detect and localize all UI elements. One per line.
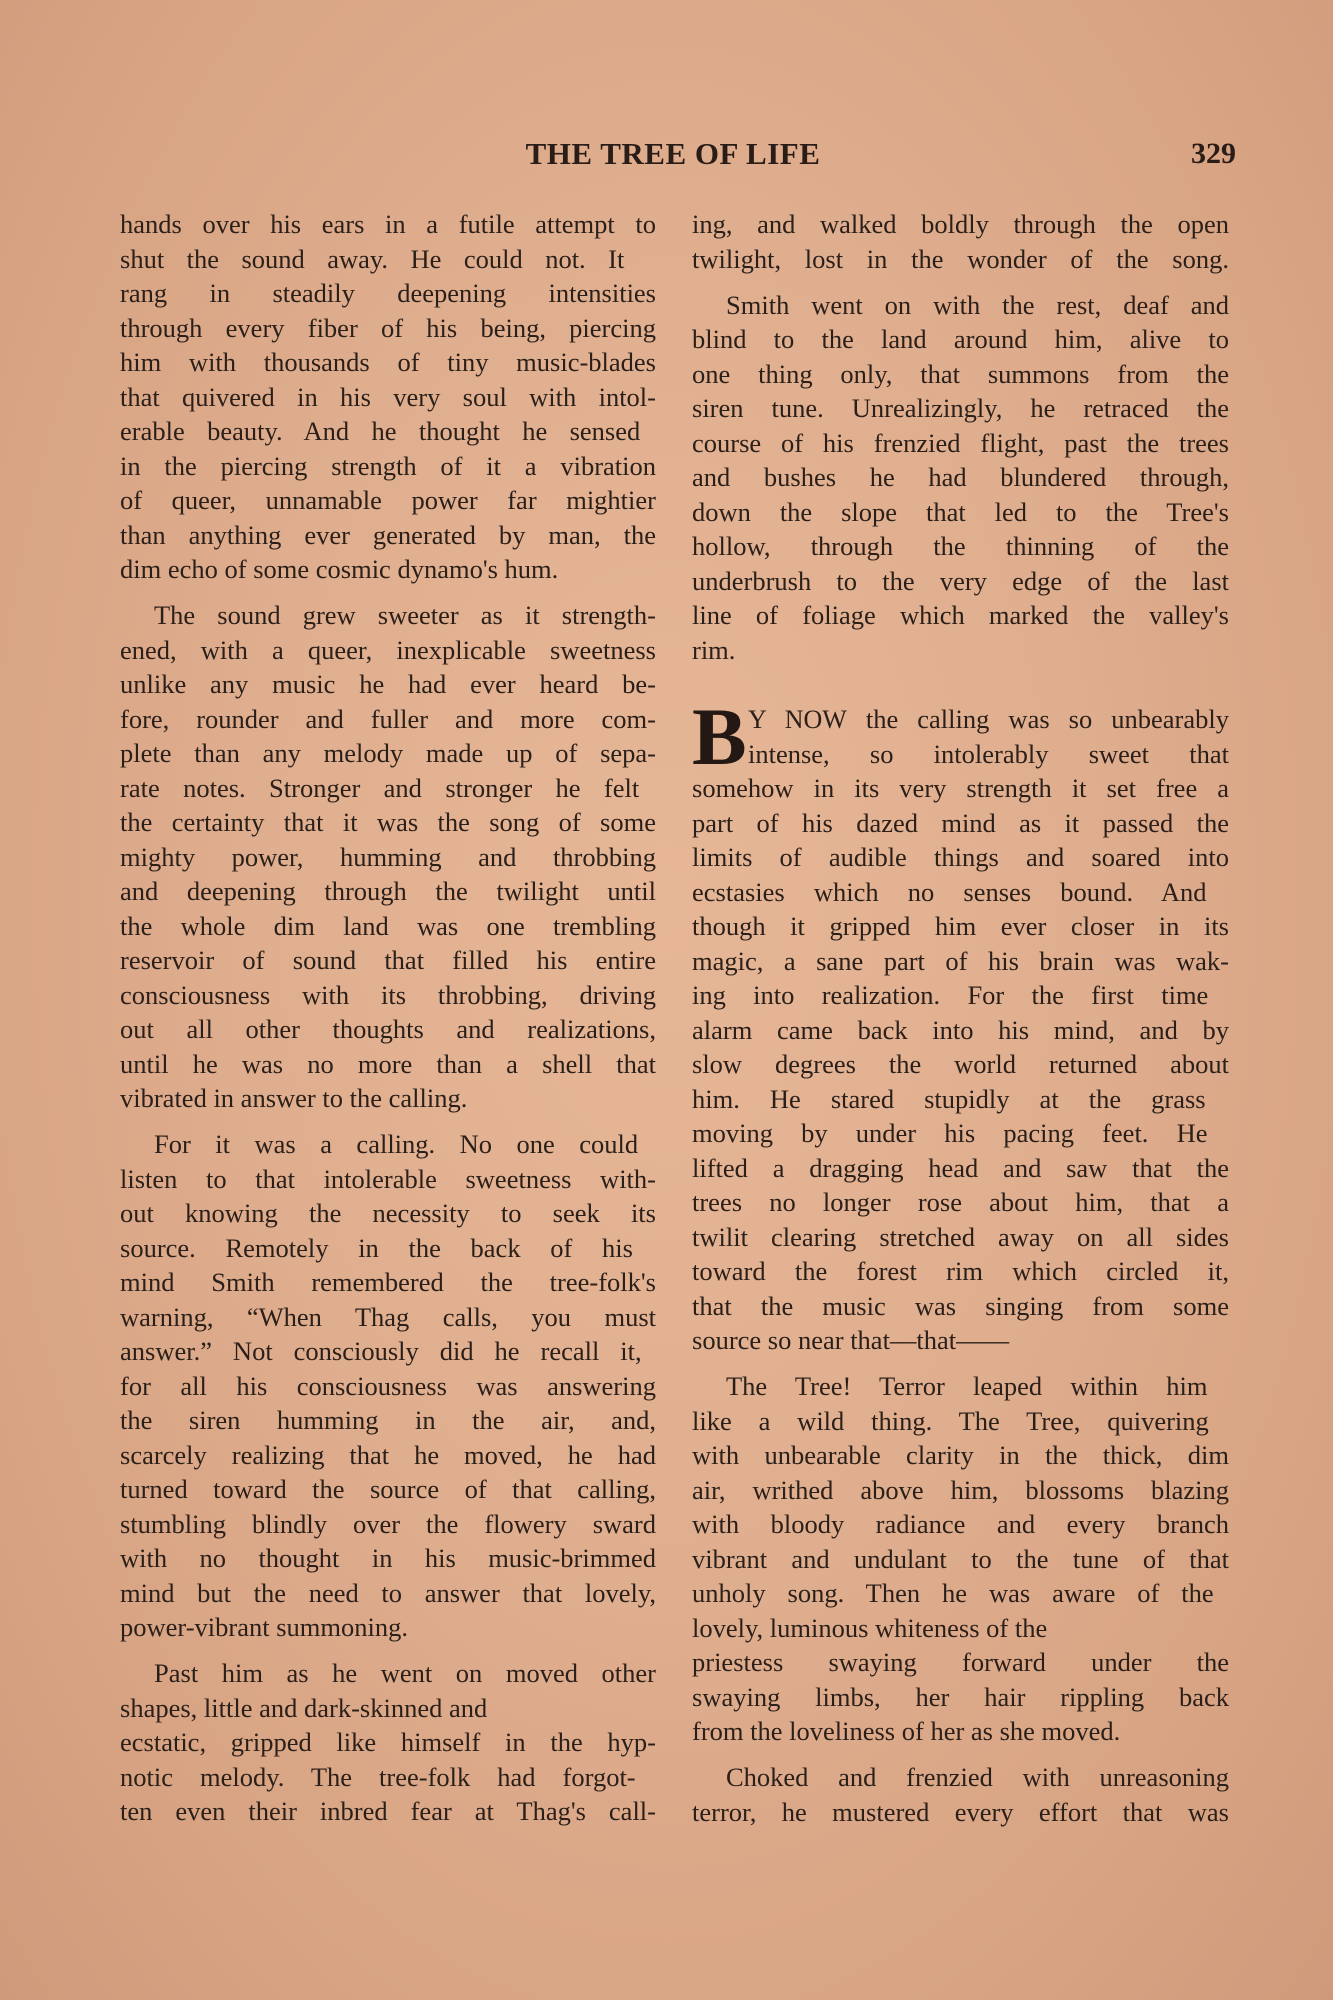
text-line: the siren humming in the air, and, <box>120 1403 656 1438</box>
text-line: Y NOW the calling was so unbearably <box>692 702 1229 737</box>
text-line: source so near that—that—— <box>692 1323 1229 1358</box>
text-line: source. Remotely in the back of his <box>120 1231 656 1266</box>
text-line: erable beauty. And he thought he sensed <box>120 414 656 449</box>
text-line: course of his frenzied flight, past the … <box>692 426 1229 461</box>
text-line: limits of audible things and soared into <box>692 840 1229 875</box>
text-line: down the slope that led to the Tree's <box>692 495 1229 530</box>
small-caps-lead: Y NOW <box>748 705 847 734</box>
text-line: of queer, unnamable power far mightier <box>120 483 656 518</box>
text-line: fore, rounder and fuller and more com- <box>120 702 656 737</box>
paragraph: The Tree! Terror leaped within himlike a… <box>692 1369 1229 1749</box>
text-line: stumbling blindly over the flowery sward <box>120 1507 656 1542</box>
running-head: THE TREE OF LIFE 329 <box>0 136 1333 176</box>
text-line: reservoir of sound that filled his entir… <box>120 943 656 978</box>
text-line: priestess swaying forward under the <box>692 1645 1229 1680</box>
text-line: part of his dazed mind as it passed the <box>692 806 1229 841</box>
text-line: plete than any melody made up of sepa- <box>120 736 656 771</box>
text-line: through every fiber of his being, pierci… <box>120 311 656 346</box>
paragraph: Choked and frenzied with unreasoningterr… <box>692 1760 1229 1829</box>
text-line: ing, and walked boldly through the open <box>692 207 1229 242</box>
paragraph: ing, and walked boldly through the opent… <box>692 207 1229 276</box>
first-line-rest: the calling was so unbearably <box>847 704 1229 734</box>
text-line: scarcely realizing that he moved, he had <box>120 1438 656 1473</box>
text-line: rang in steadily deepening intensities <box>120 276 656 311</box>
text-line: For it was a calling. No one could <box>120 1127 656 1162</box>
text-line: rate notes. Stronger and stronger he fel… <box>120 771 656 806</box>
text-line: mighty power, humming and throbbing <box>120 840 656 875</box>
text-line: intense, so intolerably sweet that <box>692 737 1229 772</box>
text-line: him with thousands of tiny music-blades <box>120 345 656 380</box>
text-line: unholy song. Then he was aware of the <box>692 1576 1229 1611</box>
text-line: mind but the need to answer that lovely, <box>120 1576 656 1611</box>
text-line: answer.” Not consciously did he recall i… <box>120 1334 656 1369</box>
book-page: THE TREE OF LIFE 329 hands over his ears… <box>0 0 1333 2000</box>
text-line: ecstasies which no senses bound. And <box>692 875 1229 910</box>
left-text-column: hands over his ears in a futile attempt … <box>120 207 656 1840</box>
text-line: vibrant and undulant to the tune of that <box>692 1542 1229 1577</box>
text-line: him. He stared stupidly at the grass <box>692 1082 1229 1117</box>
text-line: moving by under his pacing feet. He <box>692 1116 1229 1151</box>
text-line: the whole dim land was one trembling <box>120 909 656 944</box>
paragraph: For it was a calling. No one couldlisten… <box>120 1127 656 1645</box>
paragraph: Smith went on with the rest, deaf andbli… <box>692 288 1229 668</box>
text-line: ing into realization. For the first time <box>692 978 1229 1013</box>
text-line: shut the sound away. He could not. It <box>120 242 656 277</box>
text-line: warning, “When Thag calls, you must <box>120 1300 656 1335</box>
paragraph: Past him as he went on moved othershapes… <box>120 1656 656 1829</box>
text-line: lifted a dragging head and saw that the <box>692 1151 1229 1186</box>
text-line: twilight, lost in the wonder of the song… <box>692 242 1229 277</box>
drop-cap-letter: B <box>692 706 747 768</box>
text-line: The sound grew sweeter as it strength- <box>120 598 656 633</box>
text-line: ecstatic, gripped like himself in the hy… <box>120 1725 656 1760</box>
text-line: one thing only, that summons from the <box>692 357 1229 392</box>
text-line: consciousness with its throbbing, drivin… <box>120 978 656 1013</box>
text-line: ten even their inbred fear at Thag's cal… <box>120 1794 656 1829</box>
text-line: trees no longer rose about him, that a <box>692 1185 1229 1220</box>
text-line: line of foliage which marked the valley'… <box>692 598 1229 633</box>
text-line: power-vibrant summoning. <box>120 1610 656 1645</box>
text-line: unlike any music he had ever heard be- <box>120 667 656 702</box>
text-line: with unbearable clarity in the thick, di… <box>692 1438 1229 1473</box>
text-line: vibrated in answer to the calling. <box>120 1081 656 1116</box>
text-line: the certainty that it was the song of so… <box>120 805 656 840</box>
text-line: twilit clearing stretched away on all si… <box>692 1220 1229 1255</box>
text-line: terror, he mustered every effort that wa… <box>692 1795 1229 1830</box>
text-line: out knowing the necessity to seek its <box>120 1196 656 1231</box>
text-line: Smith went on with the rest, deaf and <box>692 288 1229 323</box>
text-line: blind to the land around him, alive to <box>692 322 1229 357</box>
text-line: until he was no more than a shell that <box>120 1047 656 1082</box>
paragraph: hands over his ears in a futile attempt … <box>120 207 656 587</box>
text-line: mind Smith remembered the tree-folk's <box>120 1265 656 1300</box>
text-line: air, writhed above him, blossoms blazing <box>692 1473 1229 1508</box>
text-line: like a wild thing. The Tree, quivering <box>692 1404 1229 1439</box>
text-line: Choked and frenzied with unreasoning <box>692 1760 1229 1795</box>
text-line: ened, with a queer, inexplicable sweetne… <box>120 633 656 668</box>
text-line: and bushes he had blundered through, <box>692 460 1229 495</box>
text-line: notic melody. The tree-folk had forgot- <box>120 1760 656 1795</box>
text-line: with no thought in his music-brimmed <box>120 1541 656 1576</box>
text-line: out all other thoughts and realizations, <box>120 1012 656 1047</box>
text-line: shapes, little and dark-skinned and <box>120 1691 656 1726</box>
text-line: from the loveliness of her as she moved. <box>692 1714 1229 1749</box>
right-text-column: ing, and walked boldly through the opent… <box>692 207 1229 1841</box>
text-line: for all his consciousness was answering <box>120 1369 656 1404</box>
text-line: Past him as he went on moved other <box>120 1656 656 1691</box>
text-line: rim. <box>692 633 1229 668</box>
text-line: somehow in its very strength it set free… <box>692 771 1229 806</box>
section-opening-paragraph: BY NOW the calling was so unbearablyinte… <box>692 702 1229 1358</box>
text-line: hands over his ears in a futile attempt … <box>120 207 656 242</box>
text-line: turned toward the source of that calling… <box>120 1472 656 1507</box>
page-number: 329 <box>1176 136 1236 172</box>
text-line: and deepening through the twilight until <box>120 874 656 909</box>
text-line: slow degrees the world returned about <box>692 1047 1229 1082</box>
text-line: The Tree! Terror leaped within him <box>692 1369 1229 1404</box>
text-line: that quivered in his very soul with into… <box>120 380 656 415</box>
text-line: that the music was singing from some <box>692 1289 1229 1324</box>
text-line: than anything ever generated by man, the <box>120 518 656 553</box>
paragraph: The sound grew sweeter as it strength-en… <box>120 598 656 1116</box>
text-line: alarm came back into his mind, and by <box>692 1013 1229 1048</box>
text-line: listen to that intolerable sweetness wit… <box>120 1162 656 1197</box>
text-line: siren tune. Unrealizingly, he retraced t… <box>692 391 1229 426</box>
text-line: though it gripped him ever closer in its <box>692 909 1229 944</box>
text-line: dim echo of some cosmic dynamo's hum. <box>120 552 656 587</box>
text-line: underbrush to the very edge of the last <box>692 564 1229 599</box>
text-line: magic, a sane part of his brain was wak- <box>692 944 1229 979</box>
text-line: hollow, through the thinning of the <box>692 529 1229 564</box>
text-line: in the piercing strength of it a vibrati… <box>120 449 656 484</box>
text-line: toward the forest rim which circled it, <box>692 1254 1229 1289</box>
text-line: with bloody radiance and every branch <box>692 1507 1229 1542</box>
text-line: lovely, luminous whiteness of the <box>692 1611 1229 1646</box>
running-title: THE TREE OF LIFE <box>510 136 836 172</box>
text-line: swaying limbs, her hair rippling back <box>692 1680 1229 1715</box>
